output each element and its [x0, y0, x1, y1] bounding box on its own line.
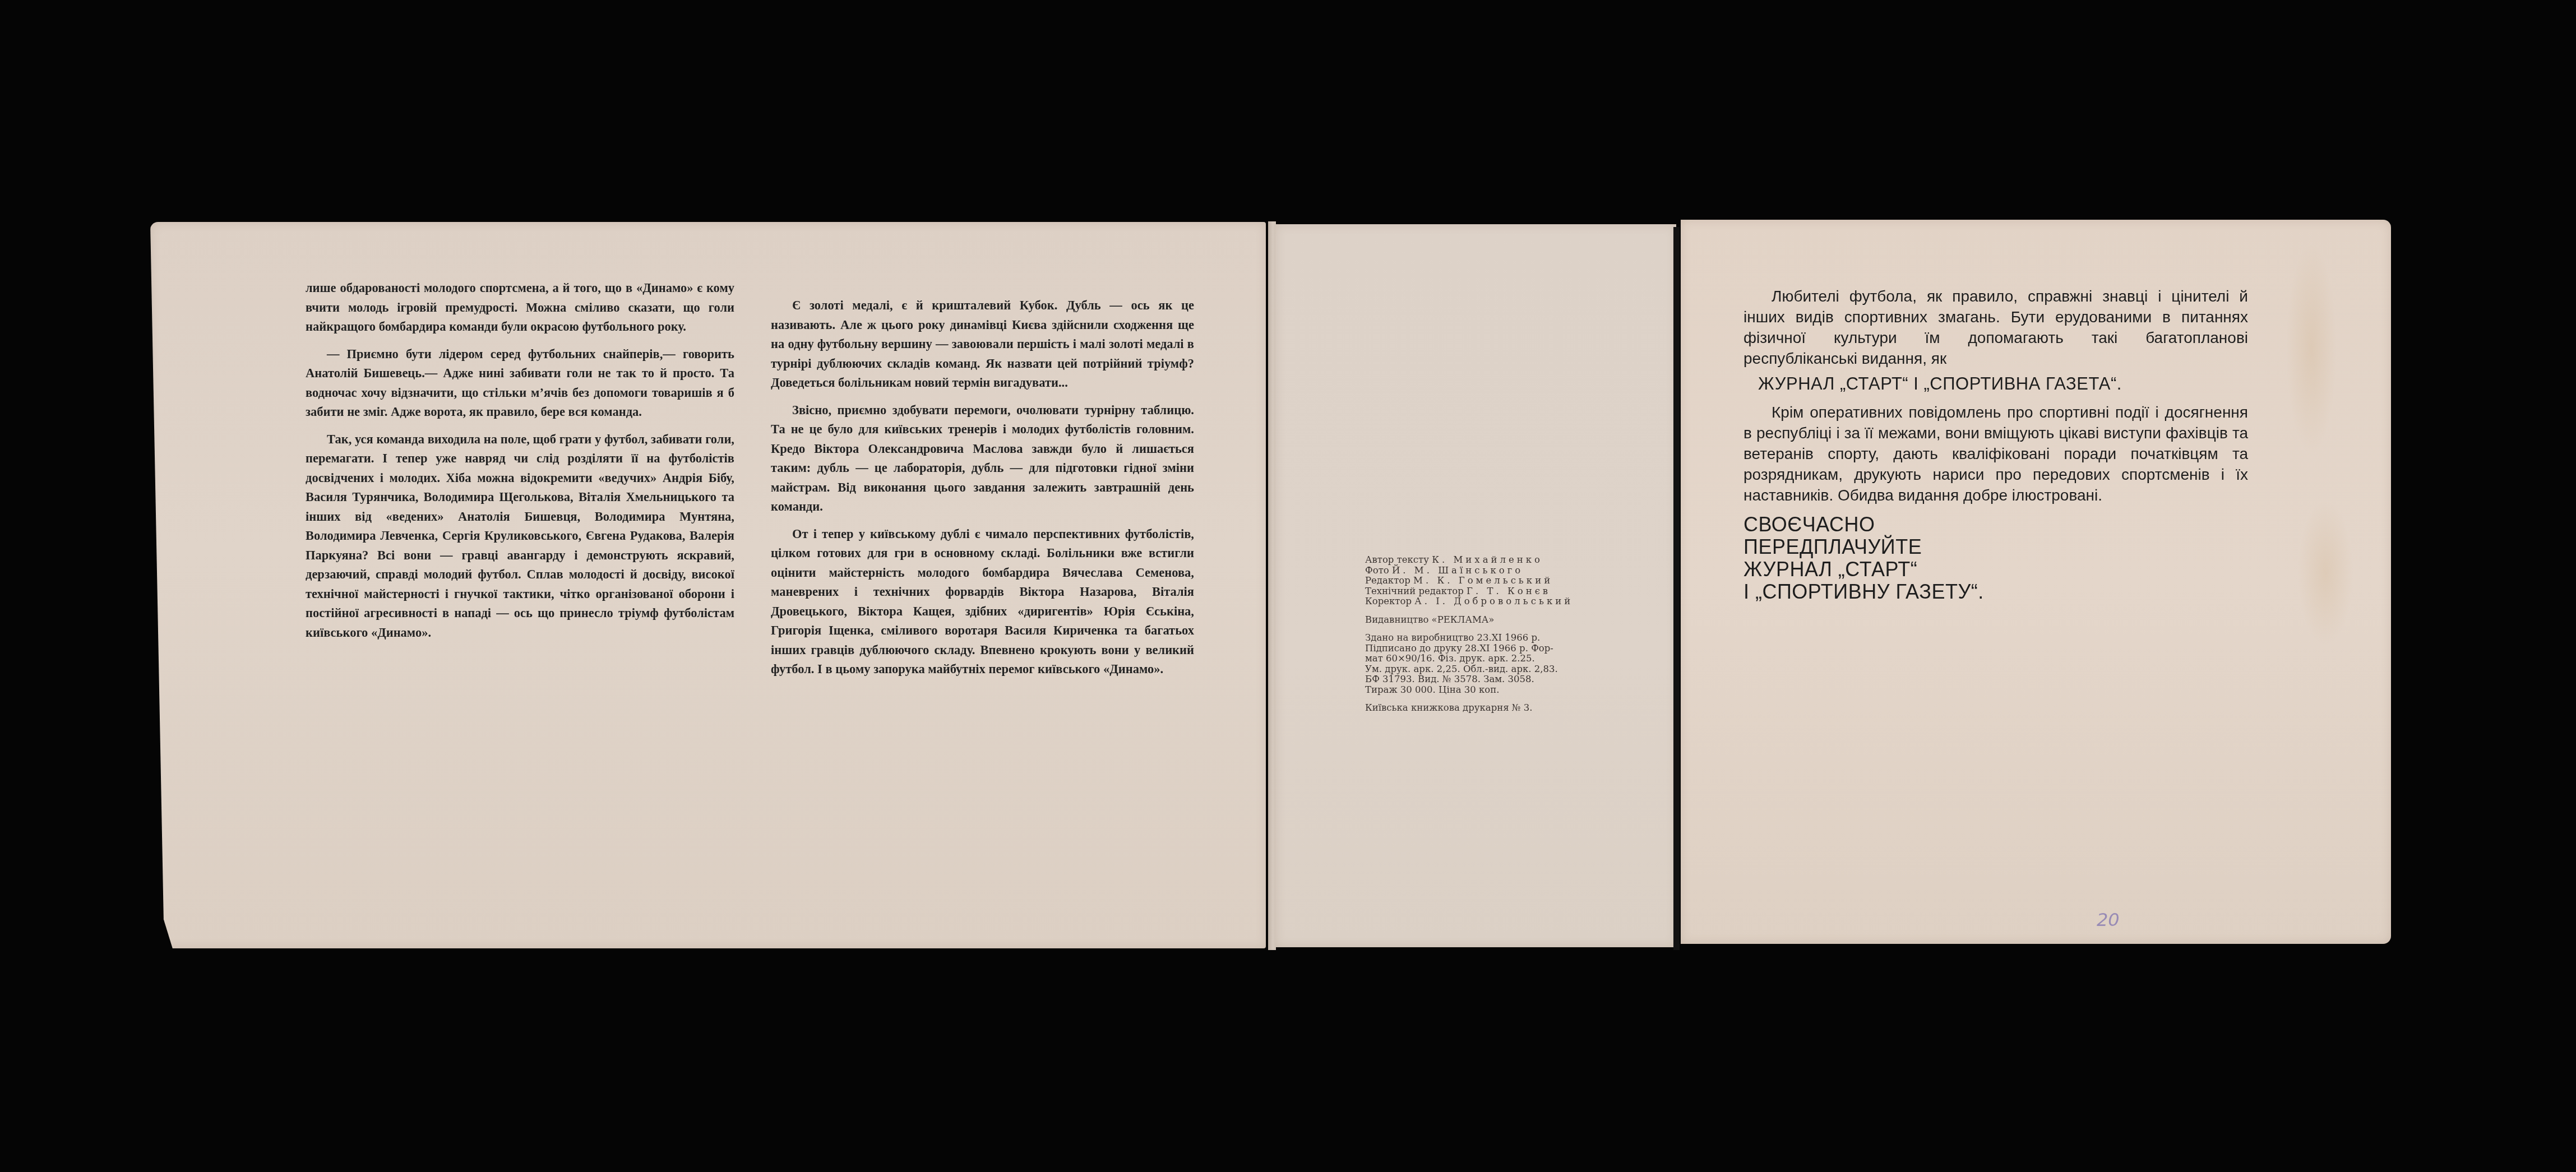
print-detail-line: Підписано до друку 28.XI 1966 р. Фор-: [1365, 643, 1615, 654]
article-column-2: Є золоті медалі, є й кришталевий Кубок. …: [771, 296, 1194, 687]
credit-name: М. К. Гомельський: [1413, 575, 1553, 586]
credit-role: Редактор: [1365, 575, 1410, 586]
call-line: І „СПОРТИВНУ ГАЗЕТУ“.: [1743, 581, 2248, 603]
print-detail-line: БФ 31793. Вид. № 3578. Зам. 3058.: [1365, 674, 1615, 685]
call-line: ПЕРЕДПЛАЧУЙТЕ: [1743, 536, 2248, 558]
paragraph: — Приємно бути лідером серед футбольних …: [306, 345, 734, 422]
article-column-1: лише обдарованості молодого спортсмена, …: [306, 279, 734, 650]
paragraph: Так, уся команда виходила на поле, щоб г…: [306, 430, 734, 643]
publisher-line: Видавництво «РЕКЛАМА»: [1365, 615, 1615, 626]
call-line: ЖУРНАЛ „СТАРТ“: [1743, 558, 2248, 581]
credit-role: Коректор: [1365, 596, 1412, 606]
water-stain: [2286, 242, 2337, 455]
colophon-imprint: Автор тексту К. Михайленко Фото Й. М. Ша…: [1365, 555, 1615, 714]
book-gutter: [1268, 221, 1276, 950]
credit-role: Фото: [1365, 565, 1389, 576]
credit-role: Технічний редактор: [1365, 586, 1464, 596]
credit-line: Автор тексту К. Михайленко: [1365, 555, 1615, 566]
print-detail-line: Здано на виробництво 23.XI 1966 р.: [1365, 633, 1615, 643]
credit-line: Фото Й. М. Шаїнського: [1365, 566, 1615, 576]
advert-paragraph: Крім оперативних повідомлень про спортив…: [1743, 402, 2248, 506]
credit-name: Й. М. Шаїнського: [1392, 565, 1523, 576]
call-line: СВОЄЧАСНО: [1743, 513, 2248, 536]
credit-role: Автор тексту: [1365, 554, 1429, 565]
page-divider-black-bar: [1673, 227, 1680, 950]
handwritten-page-number: 20: [2097, 909, 2120, 930]
paragraph: лише обдарованості молодого спортсмена, …: [306, 279, 734, 337]
credit-line: Редактор М. К. Гомельський: [1365, 576, 1615, 586]
print-detail-line: Ум. друк. арк. 2,25. Обл.-вид. арк. 2,83…: [1365, 664, 1615, 675]
print-detail-line: Тираж 30 000. Ціна 30 коп.: [1365, 685, 1615, 696]
credit-name: К. Михайленко: [1432, 554, 1543, 565]
call-to-action: СВОЄЧАСНО ПЕРЕДПЛАЧУЙТЕ ЖУРНАЛ „СТАРТ“ І…: [1743, 513, 2248, 603]
water-stain: [2297, 500, 2353, 646]
paragraph: Є золоті медалі, є й кришталевий Кубок. …: [771, 296, 1194, 393]
advert-paragraph: Любителі футбола, як правило, справжні з…: [1743, 286, 2248, 369]
credit-name: Г. Т. Конєв: [1467, 586, 1551, 596]
credit-line: Коректор А. І. Добровольський: [1365, 596, 1615, 607]
print-detail-line: мат 60×90/16. Фіз. друк. арк. 2.25.: [1365, 654, 1615, 664]
publications-line: ЖУРНАЛ „СТАРТ“ І „СПОРТИВНА ГАЗЕТА“.: [1758, 373, 2248, 394]
paragraph: Звісно, приємно здобувати перемоги, очол…: [771, 401, 1194, 517]
credit-name: А. І. Добровольський: [1414, 596, 1573, 606]
printer-line: Київська книжкова друкарня № 3.: [1365, 703, 1615, 714]
paragraph: От і тепер у київському дублі є чимало п…: [771, 525, 1194, 679]
subscription-advert: Любителі футбола, як правило, справжні з…: [1743, 286, 2248, 603]
credit-line: Технічний редактор Г. Т. Конєв: [1365, 586, 1615, 597]
